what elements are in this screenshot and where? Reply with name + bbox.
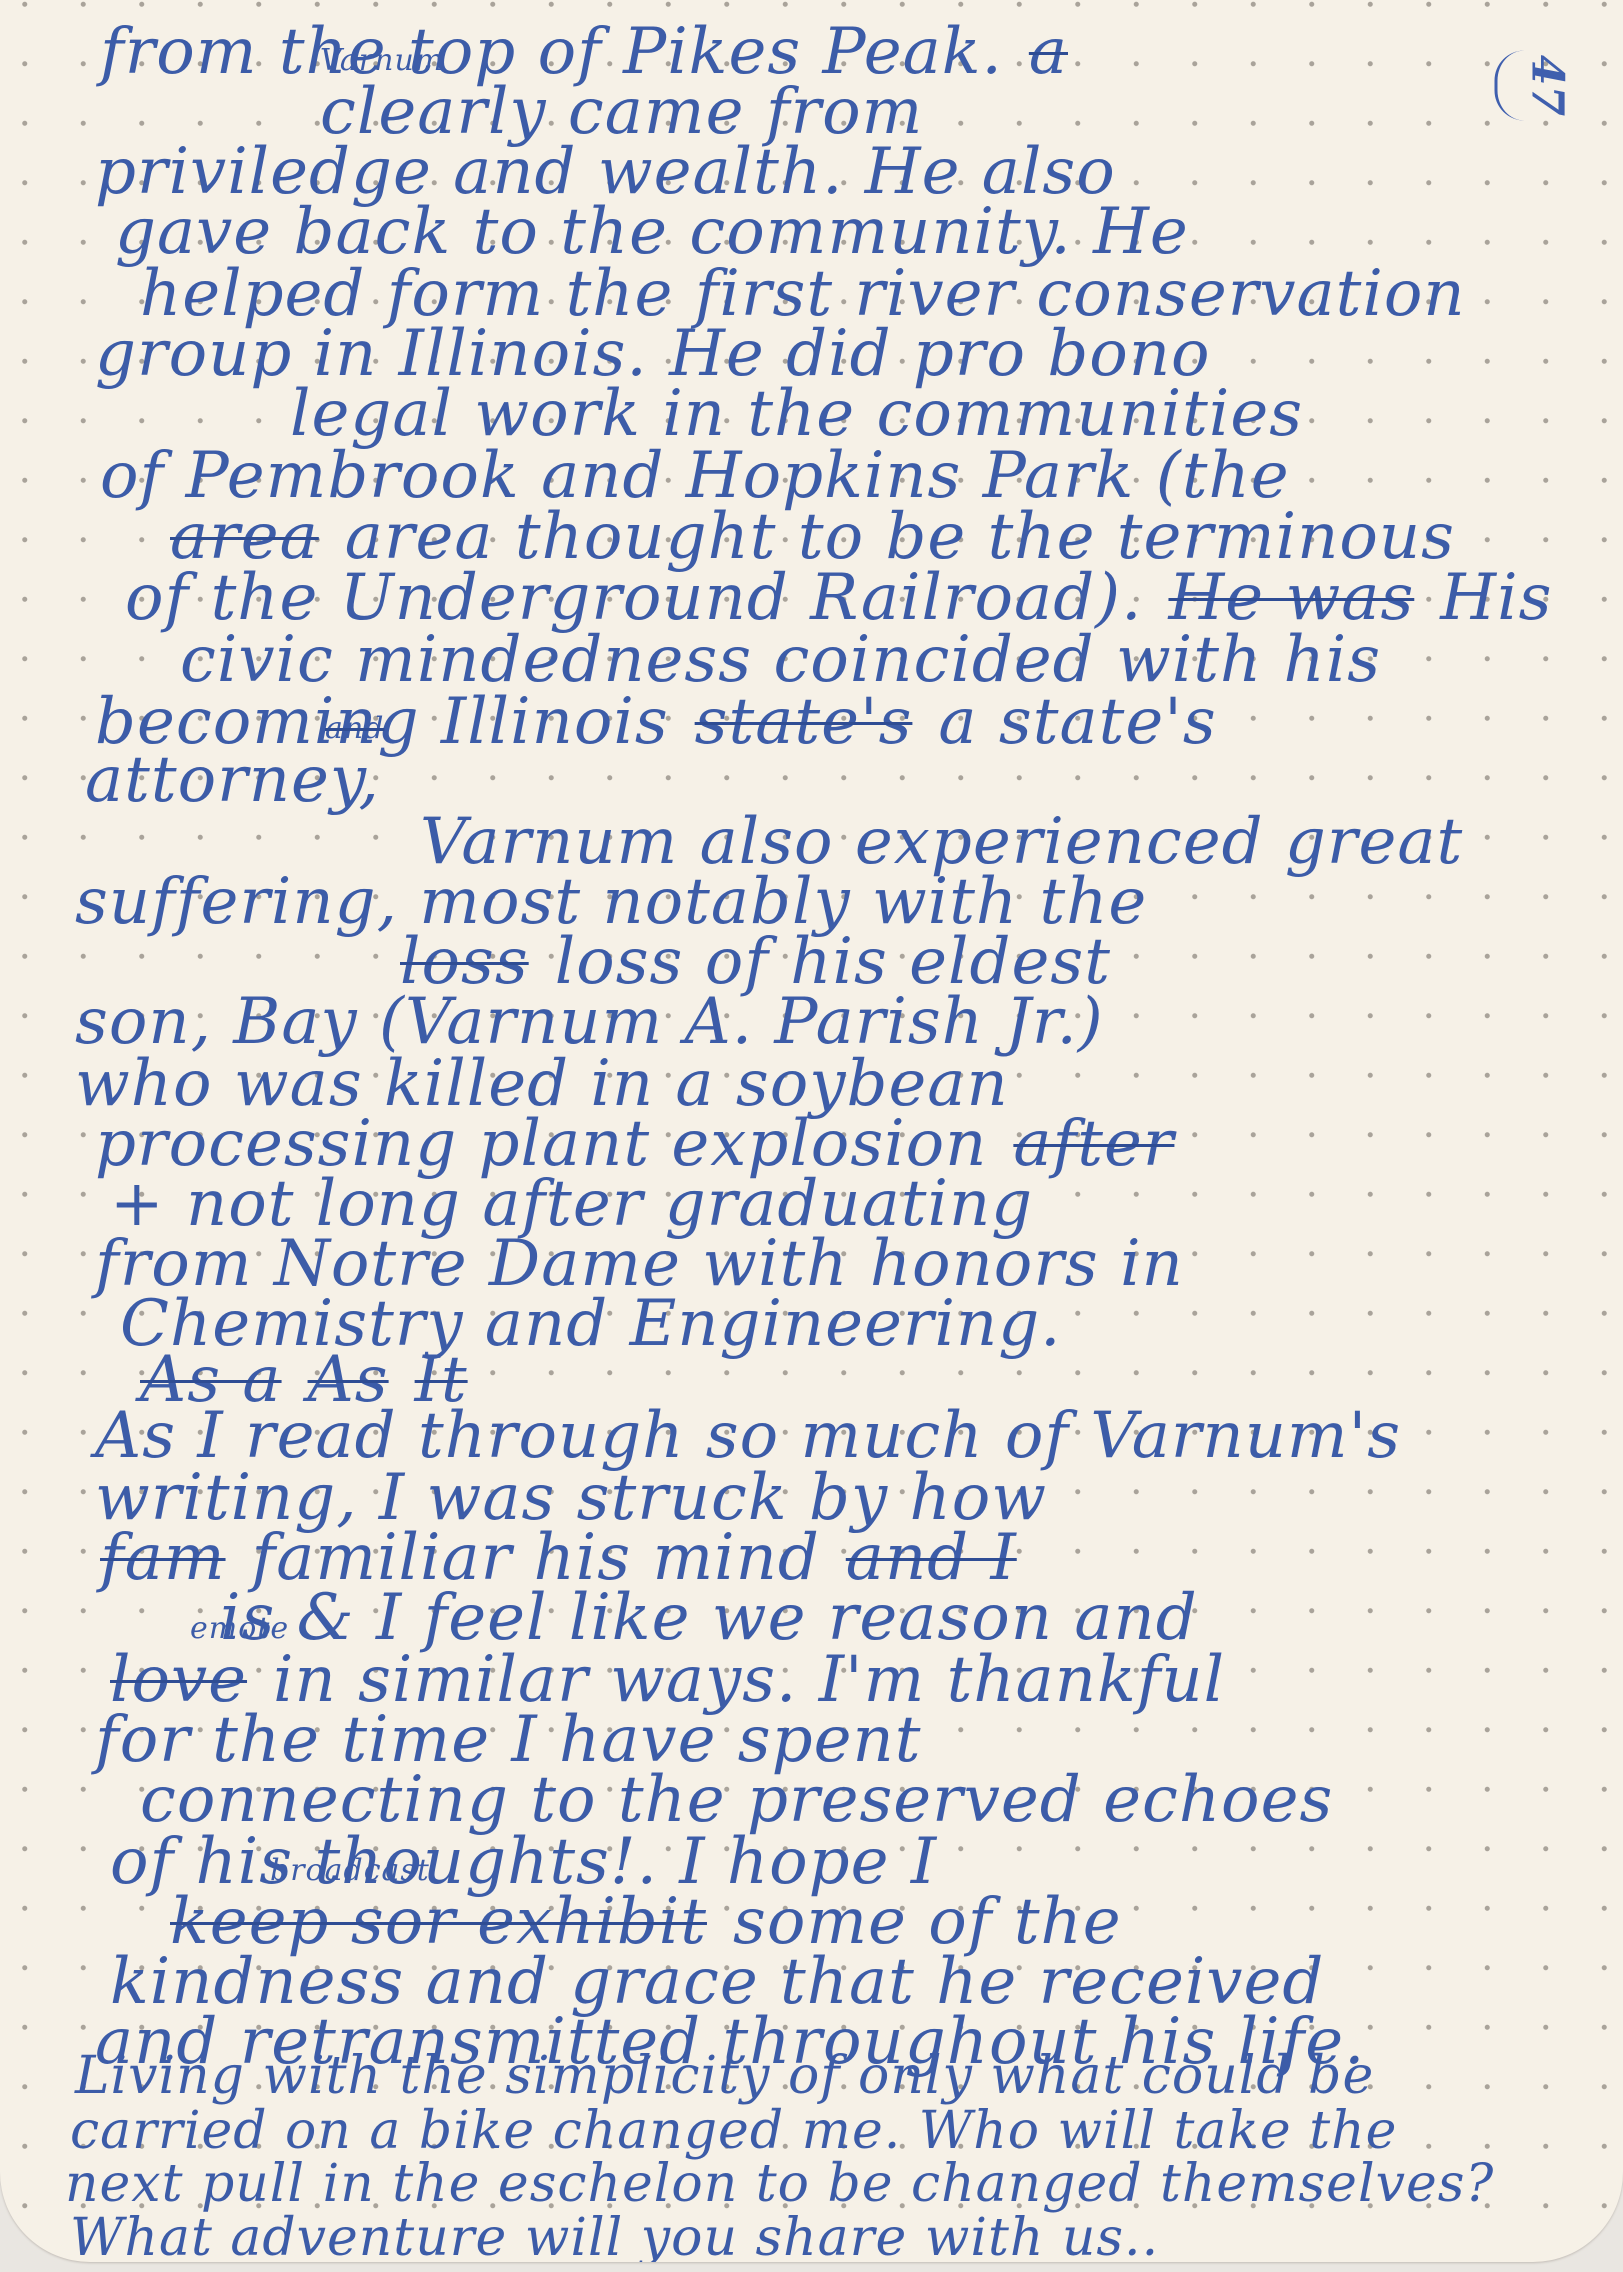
- struck-word: a: [1029, 20, 1068, 84]
- text-line: What adventure will you share with us..: [70, 2212, 1185, 2262]
- struck-word: He was: [1168, 566, 1414, 630]
- inserted-word: emote: [190, 1614, 289, 1644]
- text-segment: As I read through so much of Varnum's: [95, 1404, 1401, 1468]
- text-segment: carried on a bike changed me. Who will t…: [70, 2105, 1397, 2157]
- text-line: legal work in the communities: [290, 382, 1329, 446]
- inserted-word: broadcast: [270, 1856, 430, 1886]
- notebook-page: 47 from the top of Pikes Peak.aVarnumcle…: [0, 0, 1623, 2262]
- text-line: connecting to the preserved echoes: [140, 1768, 1359, 1832]
- text-segment: of the Underground Railroad).: [125, 566, 1142, 630]
- text-segment: of Pembrook and Hopkins Park (the: [100, 444, 1290, 508]
- text-line: of Pembrook and Hopkins Park (the: [100, 444, 1316, 508]
- text-segment: area thought to be the terminous: [345, 505, 1455, 569]
- text-line: Living with the simplicity of only what …: [75, 2050, 1400, 2102]
- struck-word: fam: [100, 1526, 226, 1590]
- text-line: carried on a bike changed me. Who will t…: [70, 2105, 1423, 2157]
- struck-word: after: [1013, 1112, 1174, 1176]
- text-segment: Living with the simplicity of only what …: [75, 2050, 1374, 2102]
- text-segment: attorney,: [85, 748, 380, 812]
- text-line: son, Bay (Varnum A. Parish Jr.): [75, 990, 1130, 1054]
- text-segment: connecting to the preserved echoes: [140, 1768, 1333, 1832]
- text-line: civic mindedness coincided with his: [180, 628, 1407, 692]
- inserted-word: and: [325, 714, 384, 744]
- text-segment: son, Bay (Varnum A. Parish Jr.): [75, 990, 1104, 1054]
- handwritten-text: from the top of Pikes Peak.aVarnumclearl…: [0, 0, 1623, 2262]
- text-segment: legal work in the communities: [290, 382, 1303, 446]
- text-line: is & I feel like we reason and: [220, 1586, 1224, 1650]
- text-line: of the Underground Railroad).He wasHis: [125, 566, 1578, 630]
- struck-word: state's: [695, 690, 913, 754]
- text-segment: is & I feel like we reason and: [220, 1586, 1198, 1650]
- text-segment: a state's: [938, 690, 1216, 754]
- text-segment: His: [1440, 566, 1552, 630]
- text-line: As I read through so much of Varnum's: [95, 1404, 1427, 1468]
- text-segment: What adventure will you share with us..: [70, 2212, 1159, 2262]
- text-segment: gave back to the community. He: [115, 200, 1189, 264]
- struck-word: area: [170, 505, 319, 569]
- text-segment: next pull in the eschelon to be changed …: [65, 2158, 1494, 2210]
- text-segment: civic mindedness coincided with his: [180, 628, 1381, 692]
- text-line: next pull in the eschelon to be changed …: [65, 2158, 1520, 2210]
- inserted-word: Varnum: [320, 46, 444, 76]
- text-line: gave back to the community. He: [115, 200, 1215, 264]
- text-line: areaarea thought to be the terminous: [170, 505, 1481, 569]
- text-line: attorney,and: [85, 748, 406, 812]
